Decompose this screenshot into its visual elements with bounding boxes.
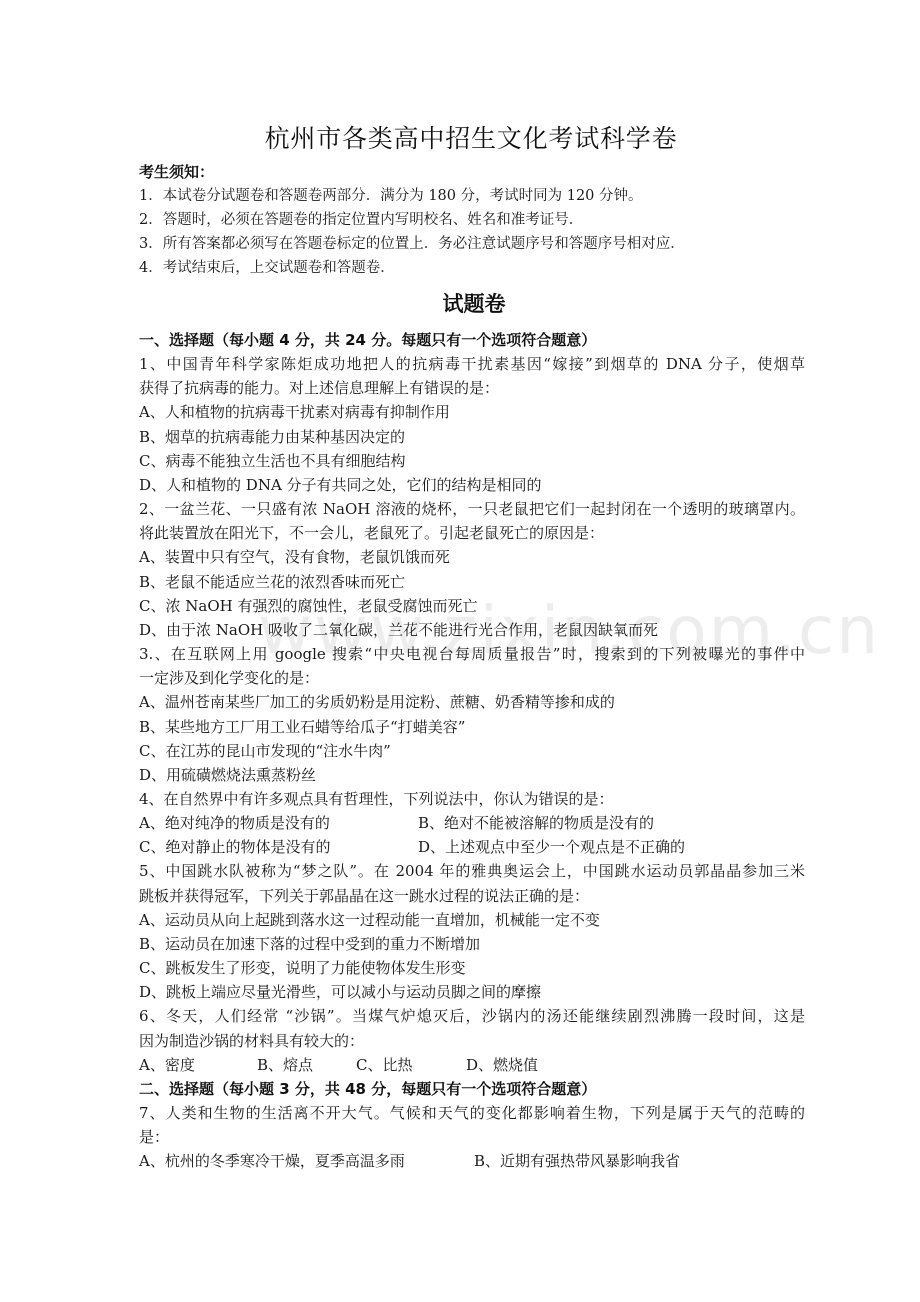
question-1-stem-line-1: 1、中国青年科学家陈炬成功地把人的抗病毒干扰素基因“嫁接”到烟草的 DNA 分子… [139, 354, 805, 374]
question-7-stem-line-1: 7、人类和生物的生活离不开大气。气候和天气的变化都影响着生物，下列是属于天气的范… [139, 1103, 805, 1123]
question-6-option-d: D、燃烧值 [466, 1055, 538, 1075]
question-3-option-d: D、用硫磺燃烧法熏蒸粉丝 [139, 765, 316, 785]
question-3-option-a: A、温州苍南某些厂加工的劣质奶粉是用淀粉、蔗糖、奶香精等掺和成的 [139, 692, 615, 712]
question-6-stem-line-2: 因为制造沙锅的材料具有较大的： [139, 1031, 364, 1051]
question-2-stem-line-1: 2、一盆兰花、一只盛有浓 NaOH 溶液的烧杯，一只老鼠把它们一起封闭在一个透明… [139, 499, 805, 519]
notice-item-4: 4．考试结束后，上交试题卷和答题卷． [139, 258, 395, 278]
question-3-option-b: B、某些地方工厂用工业石蜡等给瓜子“打蜡美容” [139, 717, 465, 737]
document-title: 杭州市各类高中招生文化考试科学卷 [0, 124, 920, 154]
question-1-option-a: A、人和植物的抗病毒干扰素对病毒有抑制作用 [139, 402, 450, 422]
question-1-option-d: D、人和植物的 DNA 分子有共同之处，它们的结构是相同的 [139, 475, 542, 495]
question-3-option-c: C、在江苏的昆山市发现的“注水牛肉” [139, 741, 391, 761]
exam-page: www.zixin.com.cn 杭州市各类高中招生文化考试科学卷 考生须知： … [0, 0, 920, 1302]
question-5-stem-line-2: 跳板并获得冠军，下列关于郭晶晶在这一跳水过程的说法正确的是： [139, 886, 589, 906]
section-2-heading: 二、选择题（每小题 3 分，共 48 分，每题只有一个选项符合题意） [139, 1079, 596, 1099]
question-5-option-d: D、跳板上端应尽量光滑些，可以减小与运动员脚之间的摩擦 [139, 982, 541, 1002]
question-7-option-a: A、杭州的冬季寒冷干燥，夏季高温多雨 [139, 1151, 405, 1171]
question-3-stem-line-2: 一定涉及到化学变化的是： [139, 668, 319, 688]
notice-item-2: 2．答题时，必须在答题卷的指定位置内写明校名、姓名和准考证号． [139, 210, 583, 230]
question-6-option-a: A、密度 [139, 1055, 195, 1075]
question-3-stem-line-1: 3.、在互联网上用 google 搜索“中央电视台每周质量报告”时，搜索到的下列… [139, 644, 805, 664]
question-2-option-d: D、由于浓 NaOH 吸收了二氧化碳，兰花不能进行光合作用，老鼠因缺氧而死 [139, 620, 658, 640]
question-1-stem-line-2: 获得了抗病毒的能力。对上述信息理解上有错误的是： [139, 378, 499, 398]
question-1-option-b: B、烟草的抗病毒能力由某种基因决定的 [139, 427, 405, 447]
question-5-option-b: B、运动员在加速下落的过程中受到的重力不断增加 [139, 934, 480, 954]
notice-heading: 考生须知： [139, 162, 214, 182]
notice-item-3: 3．所有答案都必须写在答题卷标定的位置上．务必注意试题序号和答题序号相对应． [139, 234, 685, 254]
question-5-stem-line-1: 5、中国跳水队被称为“梦之队”。在 2004 年的雅典奥运会上，中国跳水运动员郭… [139, 861, 805, 881]
question-6-option-c: C、比热 [356, 1055, 412, 1075]
question-4-stem-line-1: 4、在自然界中有许多观点具有哲理性，下列说法中，你认为错误的是： [139, 789, 614, 809]
question-4-option-c: C、绝对静止的物体是没有的 [139, 837, 330, 857]
question-4-option-a: A、绝对纯净的物质是没有的 [139, 813, 330, 833]
question-2-option-b: B、老鼠不能适应兰花的浓烈香味而死亡 [139, 572, 405, 592]
section-1-heading: 一、选择题（每小题 4 分，共 24 分。每题只有一个选项符合题意） [139, 330, 596, 350]
question-2-option-c: C、浓 NaOH 有强烈的腐蚀性，老鼠受腐蚀而死亡 [139, 596, 477, 616]
question-7-option-b: B、近期有强热带风暴影响我省 [474, 1151, 680, 1171]
question-4-option-d: D、上述观点中至少一个观点是不正确的 [418, 837, 685, 857]
question-6-stem-line-1: 6、冬天，人们经常 “沙锅”。当煤气炉熄灭后，沙锅内的汤还能继续剧烈沸腾一段时间… [139, 1006, 805, 1026]
question-6-option-b: B、熔点 [257, 1055, 313, 1075]
question-4-option-b: B、绝对不能被溶解的物质是没有的 [418, 813, 654, 833]
question-2-option-a: A、装置中只有空气，没有食物，老鼠饥饿而死 [139, 547, 450, 567]
paper-title: 试题卷 [0, 290, 920, 318]
question-5-option-a: A、运动员从向上起跳到落水这一过程动能一直增加，机械能一定不变 [139, 910, 600, 930]
question-5-option-c: C、跳板发生了形变，说明了力能使物体发生形变 [139, 958, 465, 978]
notice-item-1: 1．本试卷分试题卷和答题卷两部分．满分为 180 分，考试时同为 120 分钟。 [139, 186, 643, 206]
question-1-option-c: C、病毒不能独立生活也不具有细胞结构 [139, 451, 405, 471]
question-7-stem-line-2: 是： [139, 1127, 169, 1147]
question-2-stem-line-2: 将此装置放在阳光下，不一会儿，老鼠死了。引起老鼠死亡的原因是： [139, 523, 604, 543]
